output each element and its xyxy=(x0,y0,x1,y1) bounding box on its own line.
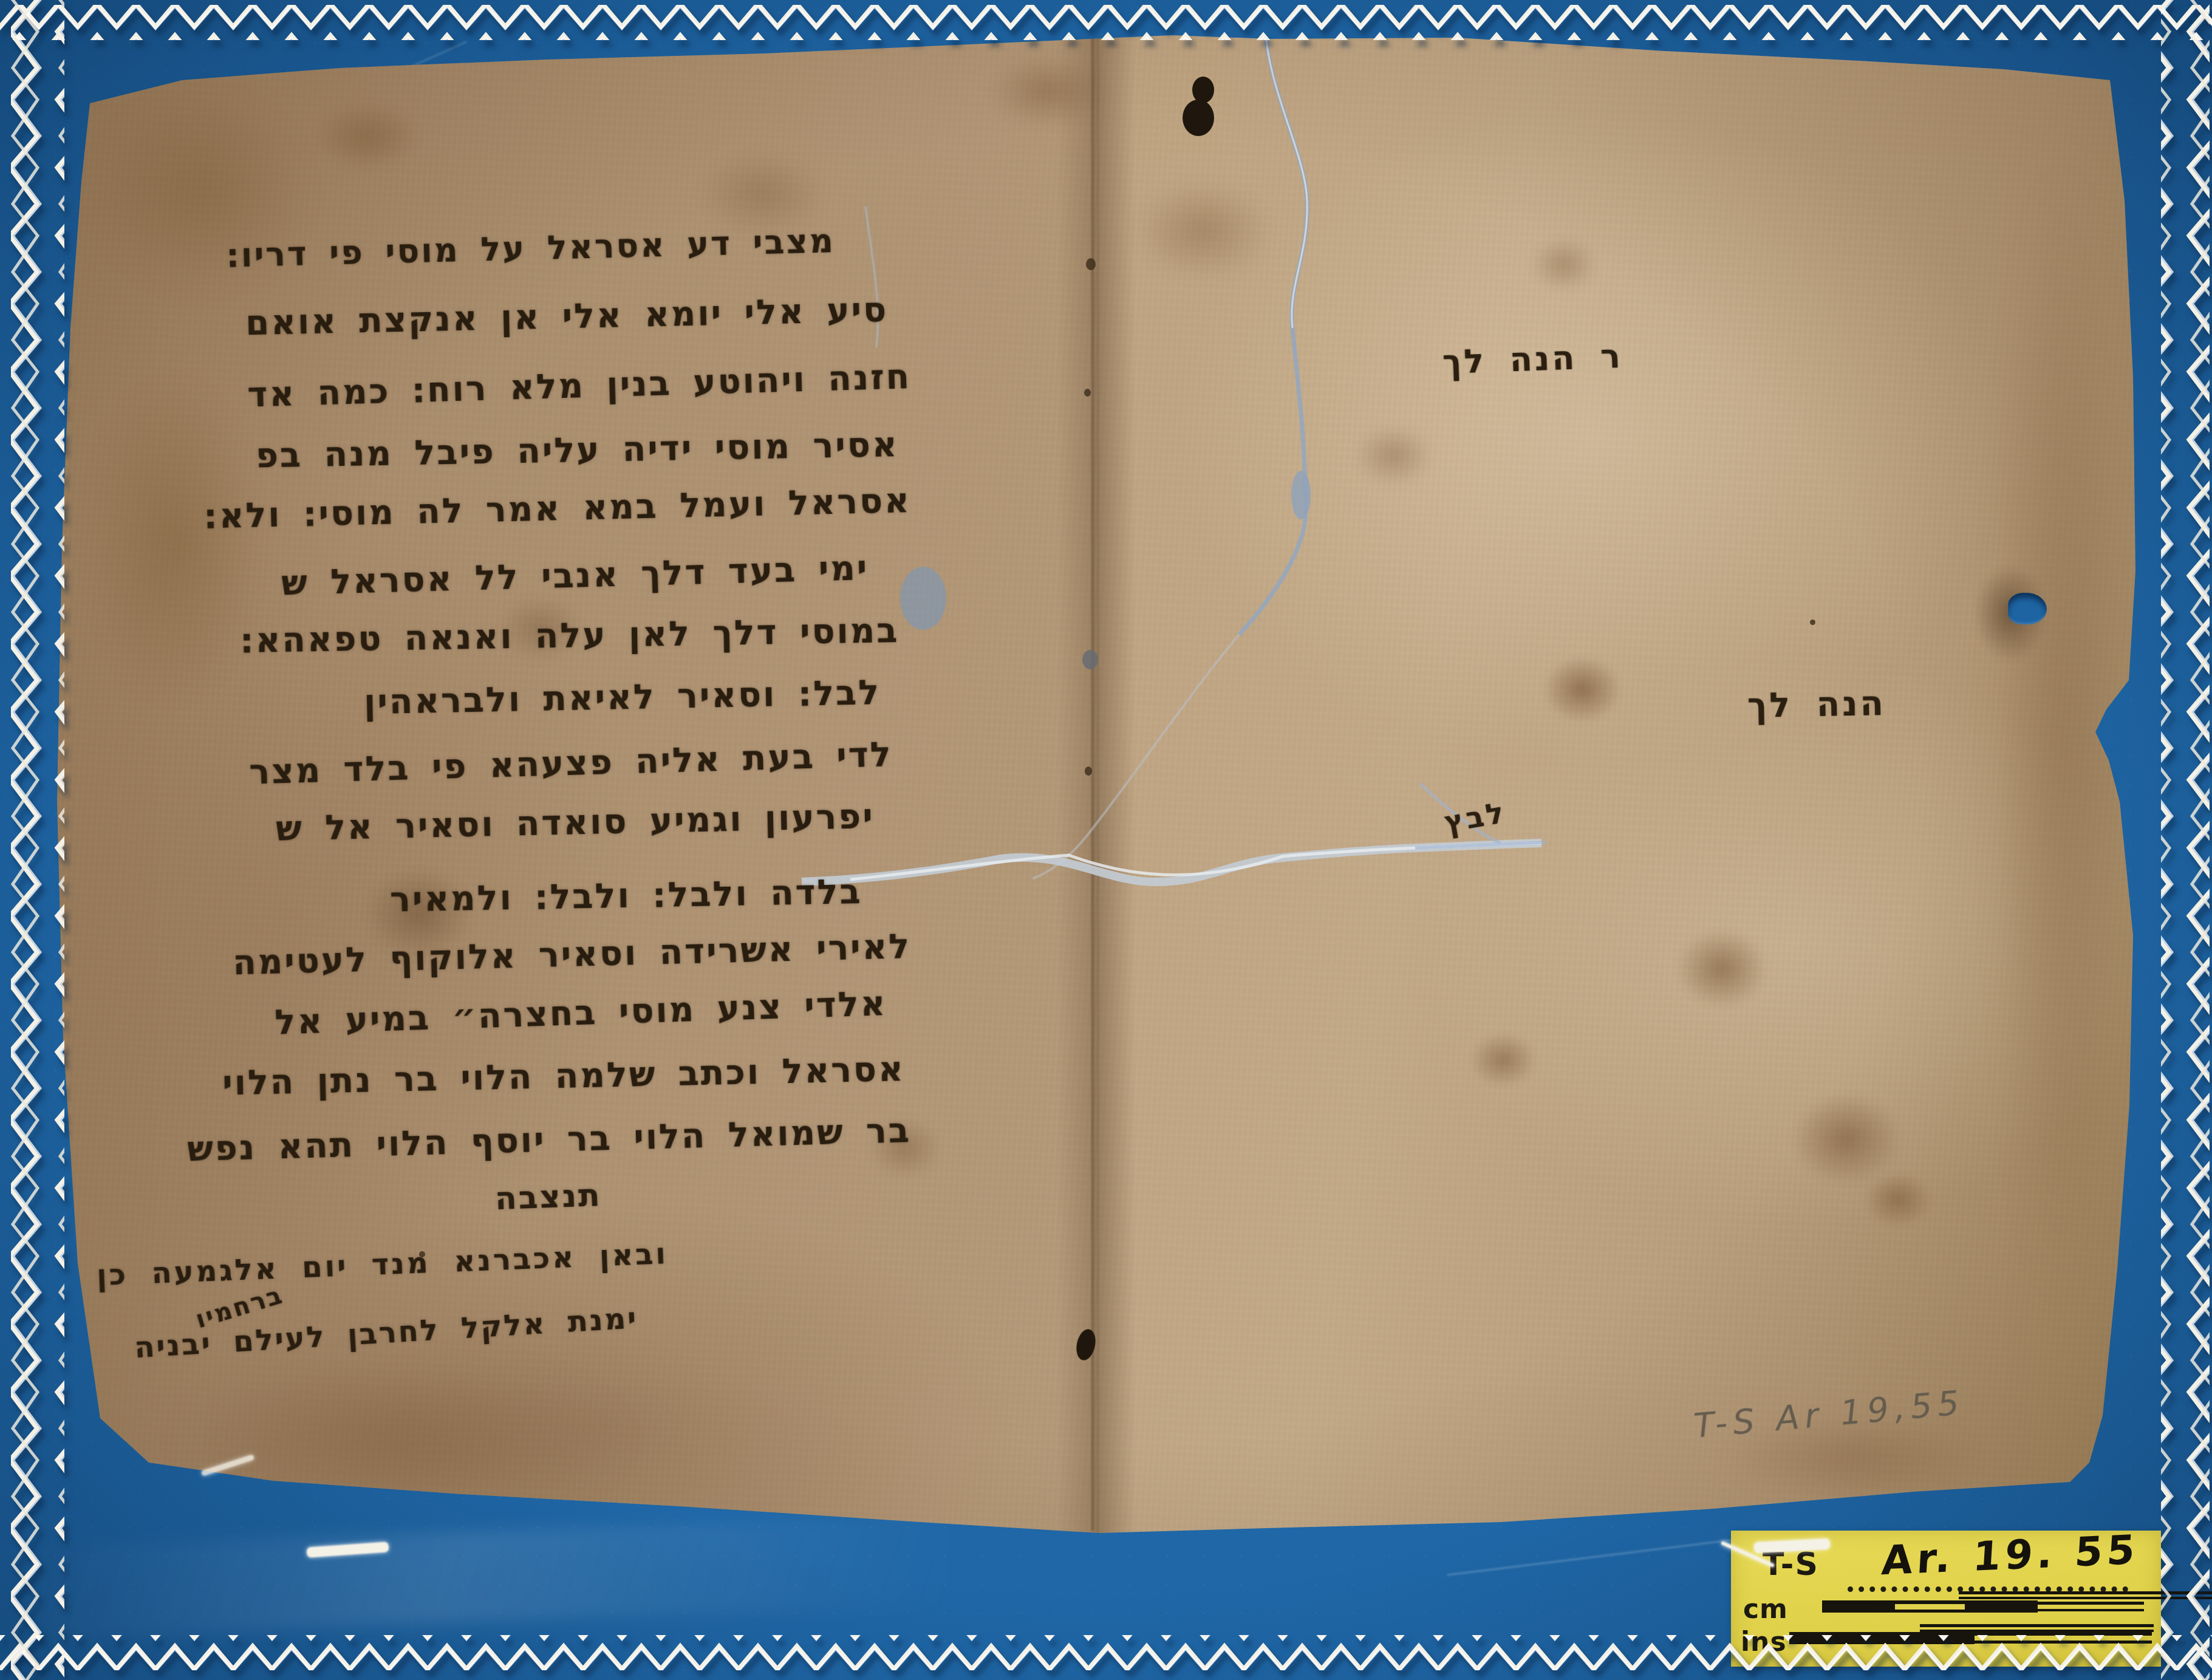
zigzag-stitching-border xyxy=(0,0,2212,1680)
photograph-of-genizah-fragment: { "photo": { "background_color": "#1f67a… xyxy=(0,0,2212,1680)
